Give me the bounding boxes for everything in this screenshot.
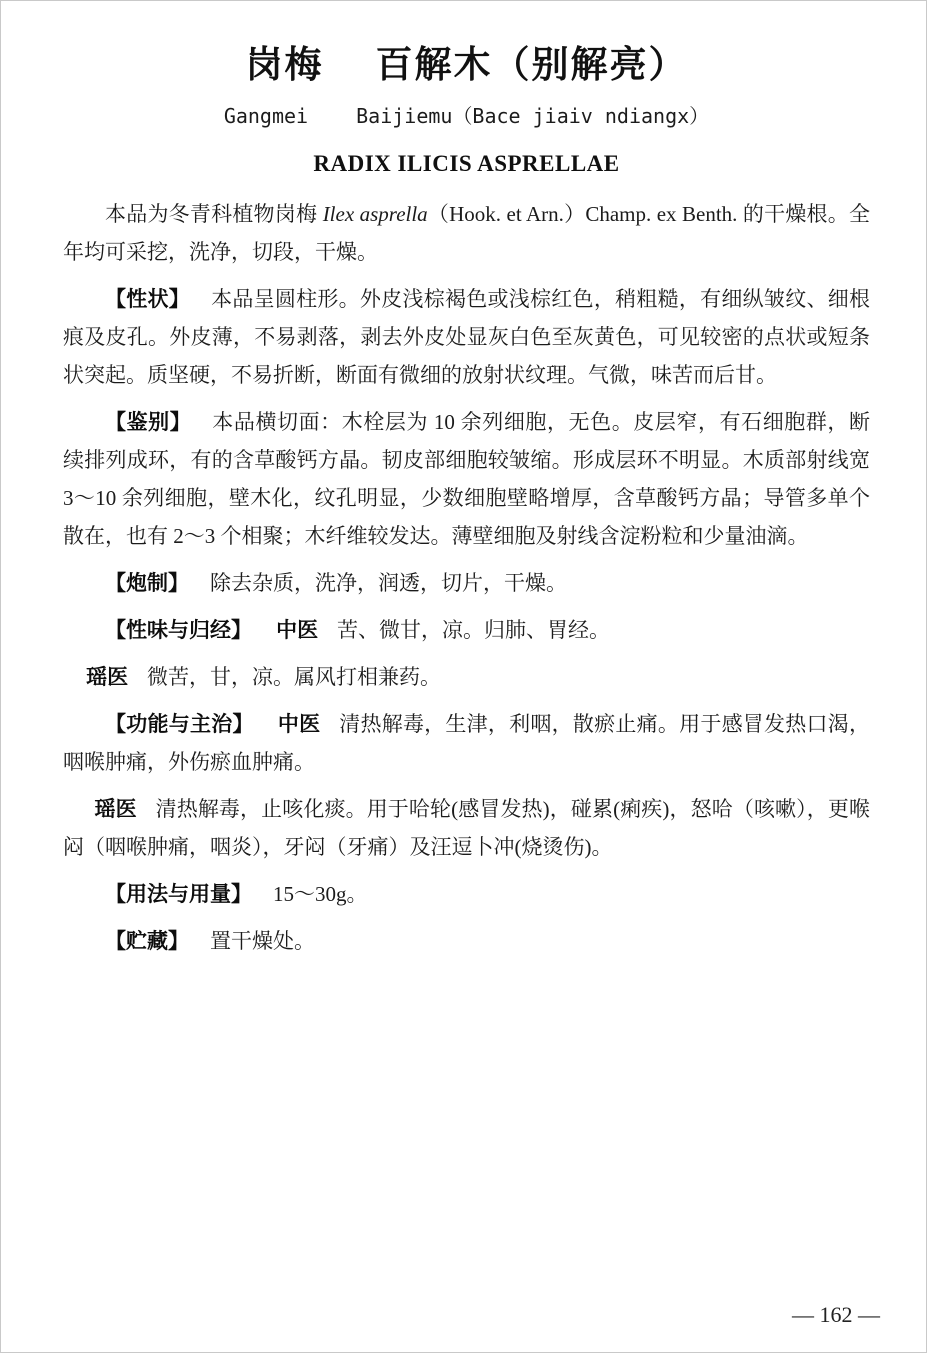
latin-drug-title: RADIX ILICIS ASPRELLAE bbox=[63, 149, 870, 179]
species-latin-name: Ilex asprella bbox=[323, 202, 428, 226]
section-text-yongfa: 15～30g。 bbox=[273, 882, 368, 906]
section-text-zhucang: 置干燥处。 bbox=[210, 929, 315, 953]
sublabel-zhongyi: 中医 bbox=[276, 618, 318, 642]
section-label-yongfa: 【用法与用量】 bbox=[105, 882, 252, 906]
section-label-paozhi: 【炮制】 bbox=[105, 571, 189, 595]
sublabel-yaoyi-2: 瑶医 bbox=[95, 797, 137, 821]
title-alt-name: 百解木（别解亮） bbox=[376, 43, 688, 86]
section-text-gongneng-yaoyi: 清热解毒，止咳化痰。用于哈轮(感冒发热)，碰累(痢疾)，怒哈（咳嗽），更喉闷（咽… bbox=[63, 797, 870, 859]
section-text-xingwei-yaoyi: 微苦，甘，凉。属风打相兼药。 bbox=[147, 665, 441, 689]
pinyin-alt-name: Baijiemu（Bace jiaiv ndiangx） bbox=[356, 104, 709, 128]
section-jianbie: 【鉴别】本品横切面：木栓层为 10 余列细胞，无色。皮层窄，有石细胞群，断续排列… bbox=[63, 403, 870, 555]
section-text-paozhi: 除去杂质，洗净，润透，切片，干燥。 bbox=[210, 571, 567, 595]
section-label-xingzhuang: 【性状】 bbox=[105, 287, 190, 311]
sublabel-yaoyi: 瑶医 bbox=[86, 665, 128, 689]
pinyin-name: Gangmei bbox=[224, 104, 308, 128]
section-xingwei: 【性味与归经】中医苦、微甘，凉。归肺、胃经。 bbox=[63, 611, 870, 649]
section-text-xingwei: 苦、微甘，凉。归肺、胃经。 bbox=[337, 618, 610, 642]
intro-pre-text: 本品为冬青科植物岗梅 bbox=[105, 202, 323, 226]
section-label-jianbie: 【鉴别】 bbox=[105, 410, 191, 434]
section-gongneng-yaoyi: 瑶医清热解毒，止咳化痰。用于哈轮(感冒发热)，碰累(痢疾)，怒哈（咳嗽），更喉闷… bbox=[63, 790, 870, 866]
page-content: 岗梅百解木（别解亮） GangmeiBaijiemu（Bace jiaiv nd… bbox=[1, 1, 926, 960]
section-gongneng: 【功能与主治】中医清热解毒，生津，利咽，散瘀止痛。用于感冒发热口渴，咽喉肿痛，外… bbox=[63, 705, 870, 781]
section-zhucang: 【贮藏】置干燥处。 bbox=[63, 922, 870, 960]
section-label-gongneng: 【功能与主治】 bbox=[105, 712, 254, 736]
section-xingzhuang: 【性状】本品呈圆柱形。外皮浅棕褐色或浅棕红色，稍粗糙，有细纵皱纹、细根痕及皮孔。… bbox=[63, 280, 870, 394]
title-chinese-name: 岗梅 bbox=[246, 43, 324, 86]
section-label-zhucang: 【贮藏】 bbox=[105, 929, 189, 953]
sublabel-zhongyi-2: 中医 bbox=[278, 712, 320, 736]
page-number: — 162 — bbox=[792, 1302, 880, 1328]
document-page: 岗梅百解木（别解亮） GangmeiBaijiemu（Bace jiaiv nd… bbox=[0, 0, 927, 1353]
page-title: 岗梅百解木（别解亮） bbox=[63, 41, 870, 89]
section-label-xingwei: 【性味与归经】 bbox=[105, 618, 252, 642]
monograph-body: 本品为冬青科植物岗梅 Ilex asprella（Hook. et Arn.）C… bbox=[63, 195, 870, 960]
section-paozhi: 【炮制】除去杂质，洗净，润透，切片，干燥。 bbox=[63, 564, 870, 602]
intro-paragraph: 本品为冬青科植物岗梅 Ilex asprella（Hook. et Arn.）C… bbox=[63, 195, 870, 271]
section-xingwei-yaoyi: 瑶医微苦，甘，凉。属风打相兼药。 bbox=[63, 658, 870, 696]
section-yongfa: 【用法与用量】15～30g。 bbox=[63, 875, 870, 913]
title-pinyin-line: GangmeiBaijiemu（Bace jiaiv ndiangx） bbox=[63, 103, 870, 129]
